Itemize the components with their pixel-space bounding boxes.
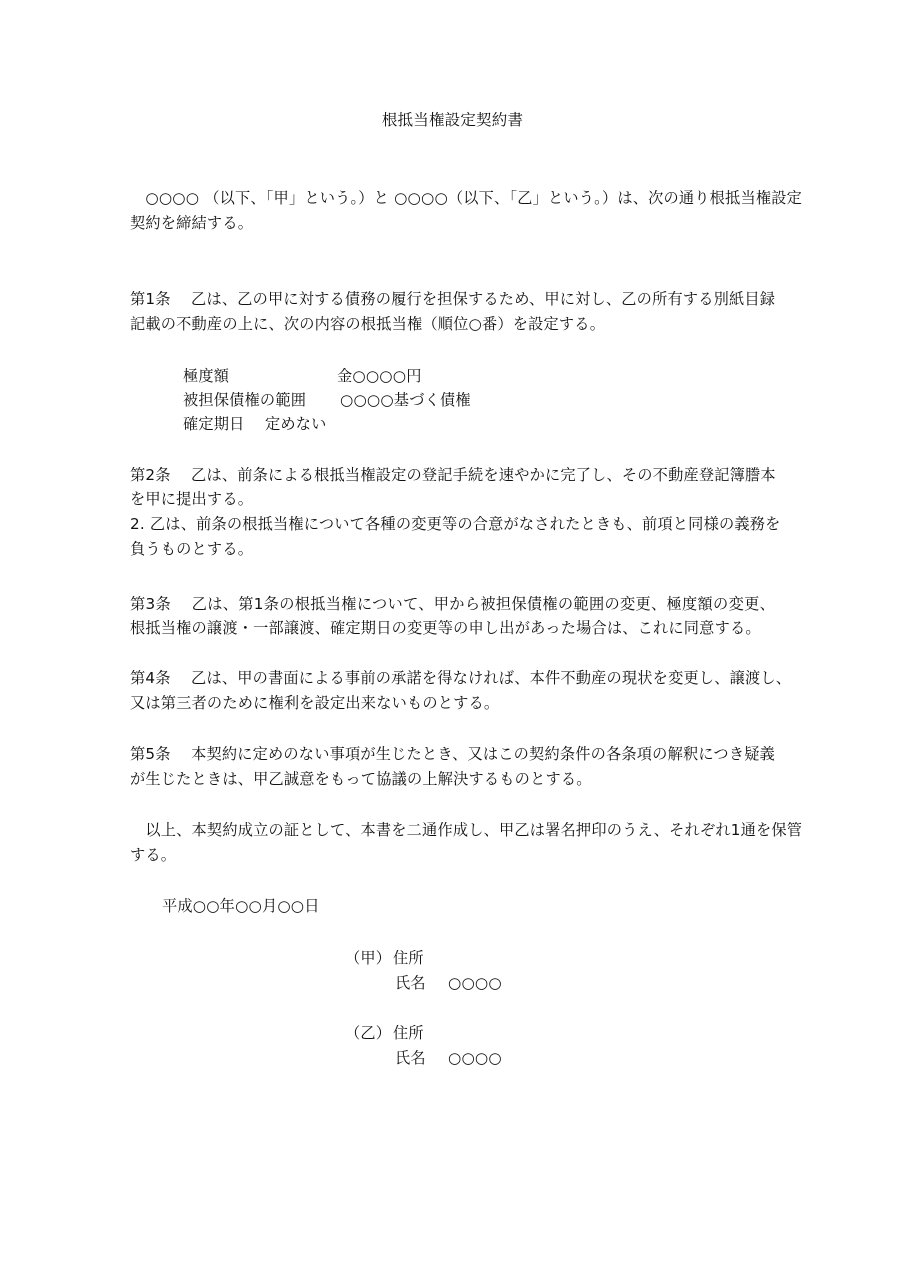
party-a-name-value: ○○○○ xyxy=(448,973,502,993)
article-2-line-3: 2. 乙は、前条の根抵当権について各種の変更等の合意がなされたときも、前項と同様… xyxy=(130,514,775,534)
closing-line-2: する。 xyxy=(130,845,176,865)
article-4-line-2: 又は第三者のために権利を設定出来ないものとする。 xyxy=(130,693,499,713)
article-5-line-2: が生じたときは、甲乙誠意をもって協議の上解決するものとする。 xyxy=(130,769,592,789)
party-a-role: （甲） xyxy=(345,948,391,968)
article-1-line-1: 第1条 乙は、乙の甲に対する債務の履行を担保するため、甲に対し、乙の所有する別紙… xyxy=(130,289,775,309)
article-4-line-1: 第4条 乙は、甲の書面による事前の承諾を得なければ、本件不動産の現状を変更し、譲… xyxy=(130,668,775,688)
item-fixed-date-label: 確定期日 xyxy=(183,414,245,434)
party-a-name-label: 氏名 xyxy=(395,973,426,993)
closing-line-1: 以上、本契約成立の証として、本書を二通作成し、甲乙は署名押印のうえ、それぞれ1通… xyxy=(130,820,775,840)
party-b-name-value: ○○○○ xyxy=(448,1048,502,1068)
item-limit-value: 金○○○○円 xyxy=(337,366,422,386)
party-b-address-label: 住所 xyxy=(393,1023,424,1043)
party-a-address-label: 住所 xyxy=(393,948,424,968)
article-5-line-1: 第5条 本契約に定めのない事項が生じたとき、又はこの契約条件の各条項の解釈につき… xyxy=(130,744,775,764)
item-fixed-date-value: 定めない xyxy=(265,414,327,434)
article-3-line-2: 根抵当権の譲渡・一部譲渡、確定期日の変更等の申し出があった場合は、これに同意する… xyxy=(130,618,761,638)
item-scope-value: ○○○○基づく債権 xyxy=(340,390,471,410)
item-limit-label: 極度額 xyxy=(183,366,229,386)
document-title: 根抵当権設定契約書 xyxy=(0,110,905,130)
article-2-line-1: 第2条 乙は、前条による根抵当権設定の登記手続を速やかに完了し、その不動産登記簿… xyxy=(130,465,775,485)
article-3-line-1: 第3条 乙は、第1条の根抵当権について、甲から被担保債権の範囲の変更、極度額の変… xyxy=(130,594,775,614)
party-b-role: （乙） xyxy=(345,1023,391,1043)
preamble-line-1: ○○○○ （以下、「甲」という。）と ○○○○（以下、「乙」という。）は、次の通… xyxy=(130,188,775,208)
preamble-line-2: 契約を締結する。 xyxy=(130,213,253,233)
article-2-line-2: を甲に提出する。 xyxy=(130,489,253,509)
party-b-name-label: 氏名 xyxy=(395,1048,426,1068)
contract-date: 平成○○年○○月○○日 xyxy=(162,896,320,916)
article-1-line-2: 記載の不動産の上に、次の内容の根抵当権（順位○番）を設定する。 xyxy=(130,314,605,334)
item-scope-label: 被担保債権の範囲 xyxy=(183,390,306,410)
document-page: 根抵当権設定契約書 ○○○○ （以下、「甲」という。）と ○○○○（以下、「乙」… xyxy=(0,0,905,1280)
article-2-line-4: 負うものとする。 xyxy=(130,539,253,559)
